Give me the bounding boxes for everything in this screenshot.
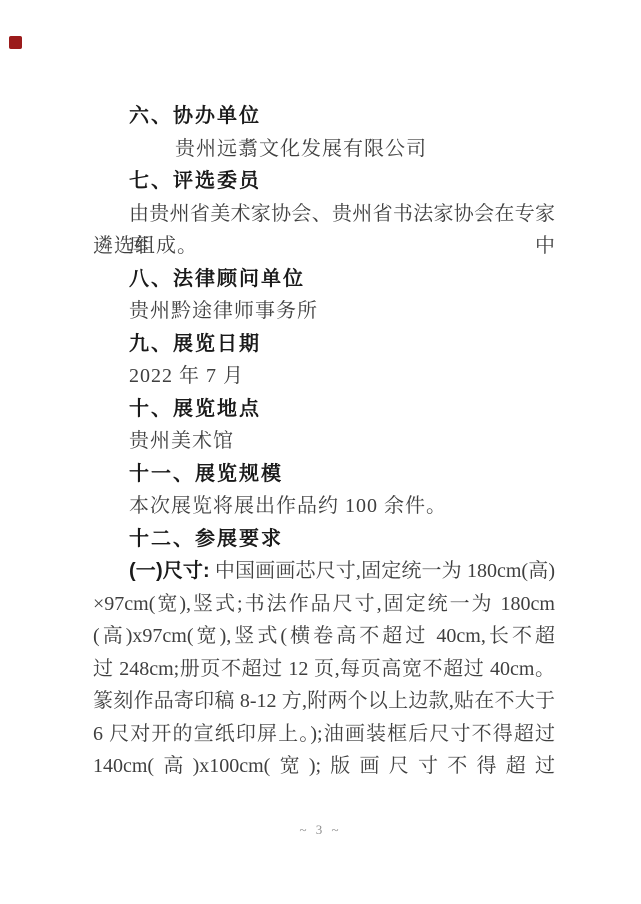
body-line: (一)尺寸: 中国画画芯尺寸,固定统一为 180cm(高): [93, 555, 555, 588]
section-heading: 六、协办单位: [93, 100, 555, 133]
body-line: 贵州黔途律师事务所: [93, 295, 555, 328]
body-line-text: 中国画画芯尺寸,固定统一为 180cm(高): [210, 560, 555, 582]
section-heading: 八、法律顾问单位: [93, 263, 555, 296]
document-body: 六、协办单位贵州远翥文化发展有限公司七、评选委员由贵州省美术家协会、贵州省书法家…: [93, 100, 555, 783]
bold-term-prefix: (一)尺寸:: [129, 560, 210, 582]
section-heading: 九、展览日期: [93, 328, 555, 361]
section-heading: 十一、展览规模: [93, 458, 555, 491]
document-page: 六、协办单位贵州远翥文化发展有限公司七、评选委员由贵州省美术家协会、贵州省书法家…: [0, 0, 641, 904]
body-line: 本次展览将展出作品约 100 余件。: [93, 490, 555, 523]
page-number: ~ 3 ~: [0, 820, 641, 840]
red-stamp-mark: [9, 36, 22, 49]
body-line: 2022 年 7 月: [93, 360, 555, 393]
body-line: (高)x97cm(宽),竖式(横卷高不超过 40cm,长不超: [93, 620, 555, 653]
section-heading: 十、展览地点: [93, 393, 555, 426]
body-line: 贵州美术馆: [93, 425, 555, 458]
body-line: 过 248cm;册页不超过 12 页,每页高宽不超过 40cm。: [93, 653, 555, 686]
body-line: ×97cm(宽),竖式;书法作品尺寸,固定统一为 180cm: [93, 588, 555, 621]
body-line: 6 尺对开的宣纸印屏上。);油画装框后尺寸不得超过: [93, 718, 555, 751]
section-heading: 七、评选委员: [93, 165, 555, 198]
body-line: 篆刻作品寄印稿 8-12 方,附两个以上边款,贴在不大于: [93, 685, 555, 718]
section-heading: 十二、参展要求: [93, 523, 555, 556]
body-line: 贵州远翥文化发展有限公司: [93, 133, 555, 166]
body-line: 由贵州省美术家协会、贵州省书法家协会在专家库中: [93, 198, 555, 231]
body-line: 140cm(高)x100cm(宽);版画尺寸不得超过: [93, 750, 555, 783]
